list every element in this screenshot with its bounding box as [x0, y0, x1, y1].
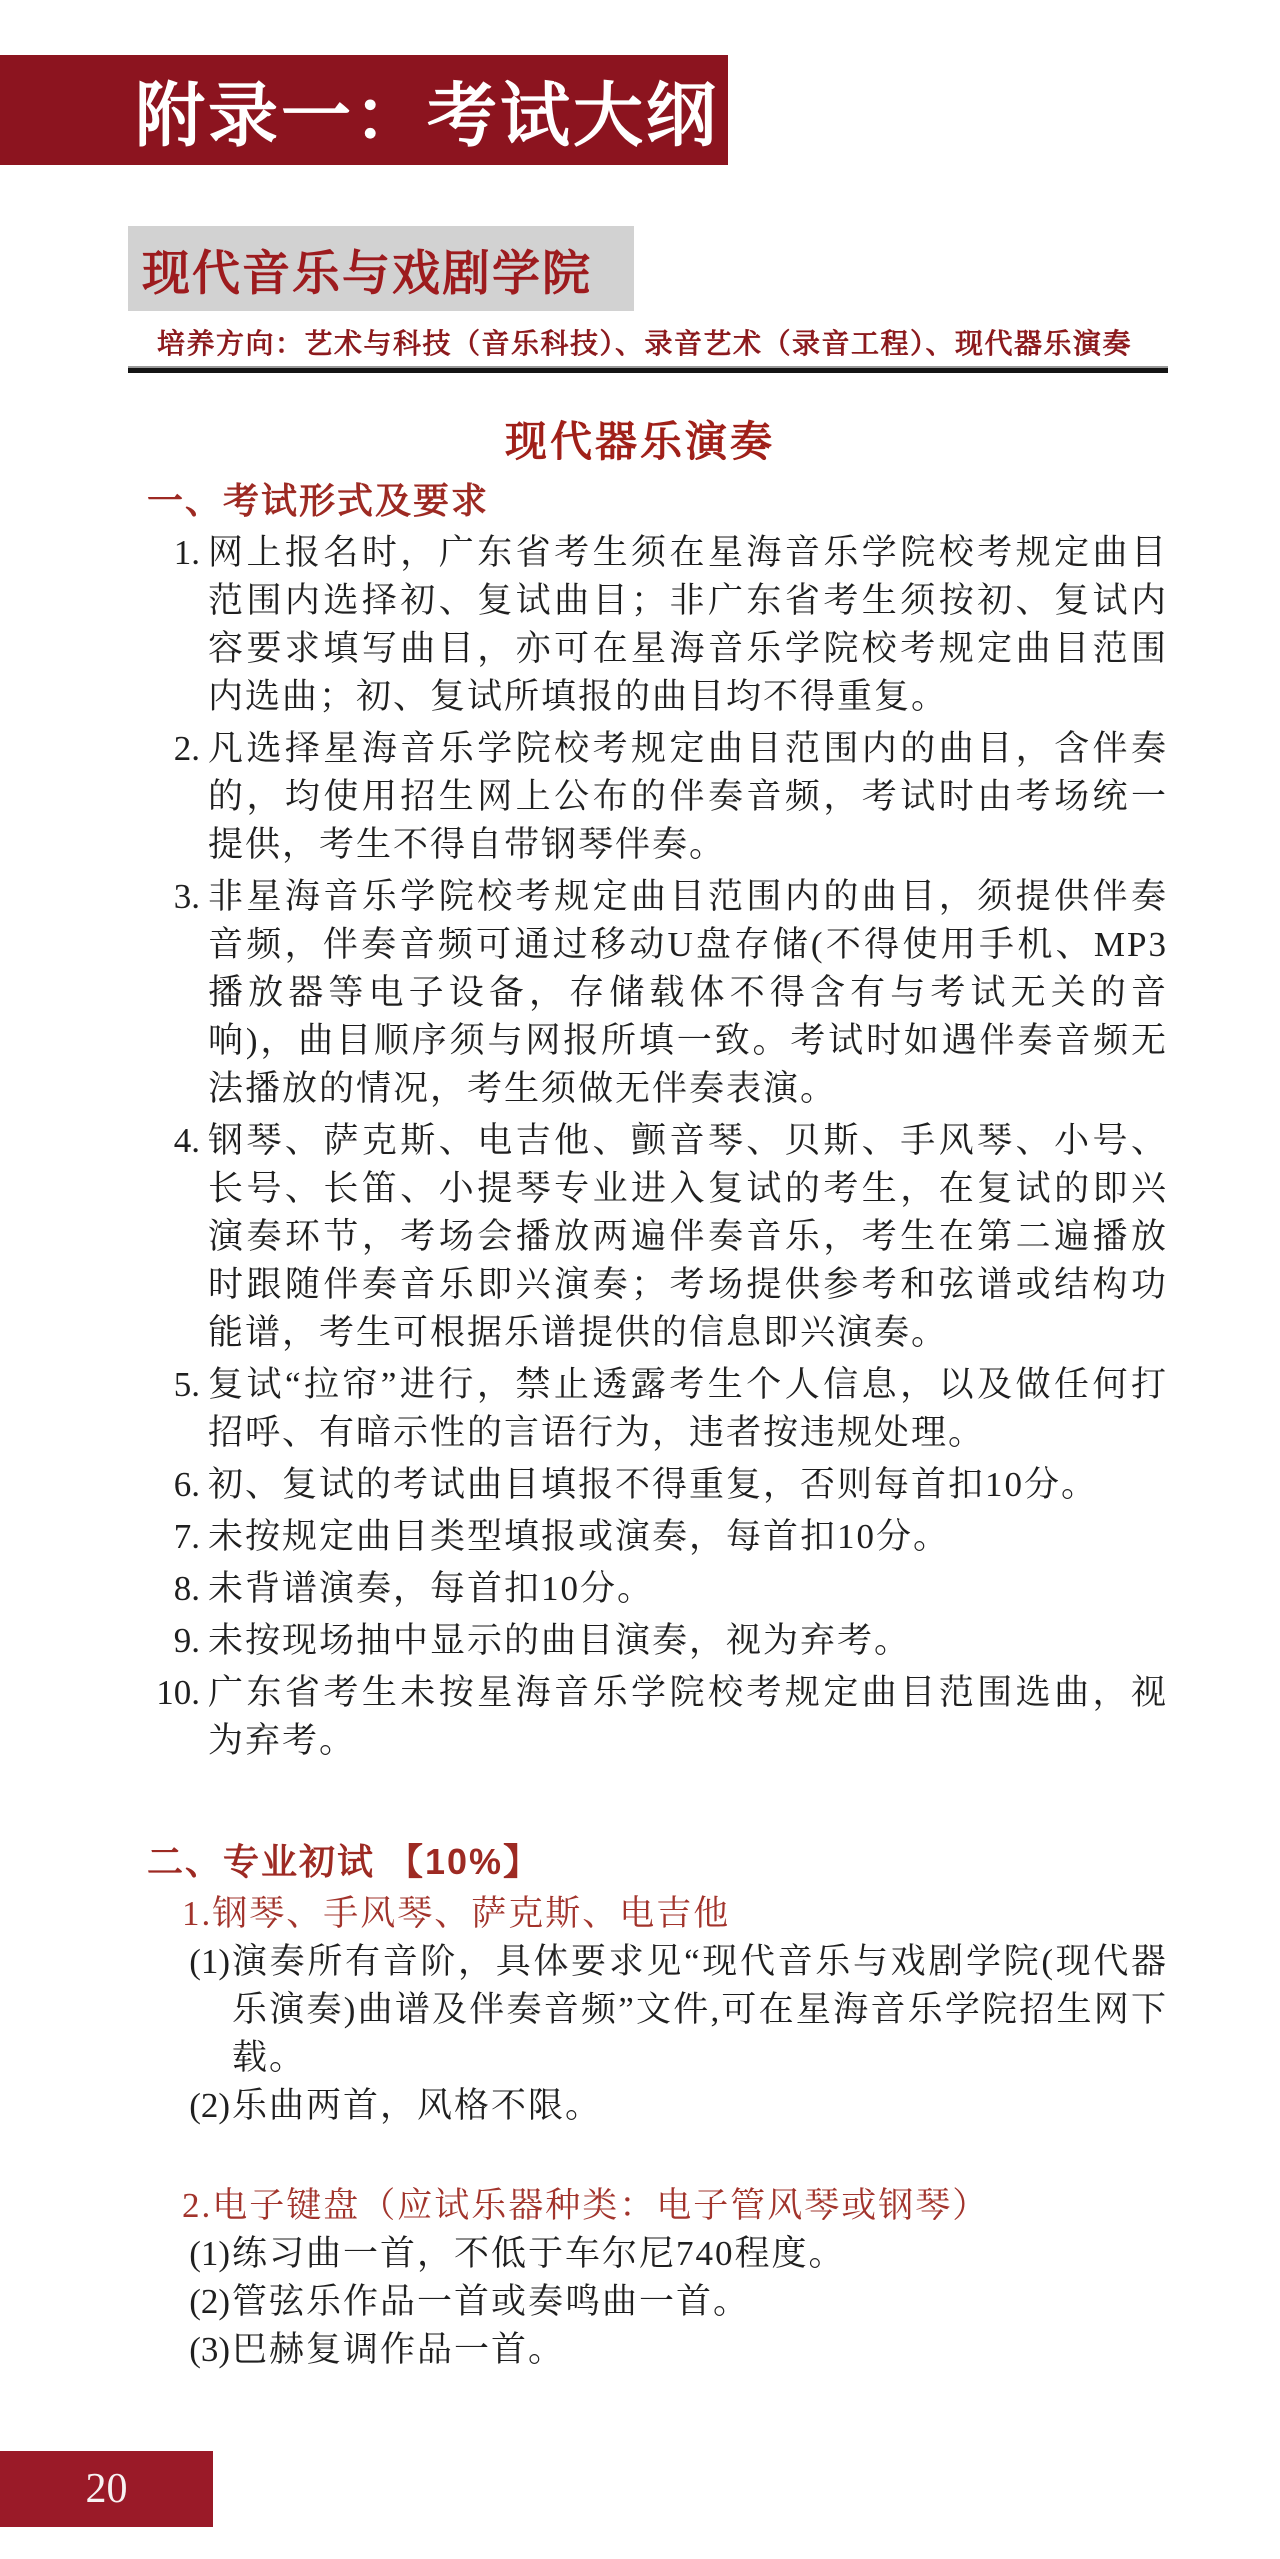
- document-body: 一、考试形式及要求 1. 网上报名时，广东省考生须在星海音乐学院校考规定曲目范围…: [0, 479, 1280, 2374]
- item-text: 广东省考生未按星海音乐学院校考规定曲目范围选曲，视为弃考。: [208, 1673, 1168, 1760]
- item-number: 3.: [174, 873, 200, 921]
- exam-rule-item-7: 7. 未按规定曲目类型填报或演奏，每首扣10分。: [208, 1513, 1168, 1561]
- exam-rule-item-4: 4. 钢琴、萨克斯、电吉他、颤音琴、贝斯、手风琴、小号、长号、长笛、小提琴专业进…: [208, 1117, 1168, 1357]
- item-number: 6.: [174, 1461, 200, 1509]
- item-text: 非星海音乐学院校考规定曲目范围内的曲目，须提供伴奏音频，伴奏音频可通过移动U盘存…: [208, 877, 1168, 1108]
- item-text: 初、复试的考试曲目填报不得重复，否则每首扣10分。: [208, 1465, 1098, 1504]
- item-number: 7.: [174, 1513, 200, 1561]
- item-text: 未按现场抽中显示的曲目演奏，视为弃考。: [208, 1621, 911, 1660]
- item-text: 网上报名时，广东省考生须在星海音乐学院校考规定曲目范围内选择初、复试曲目；非广东…: [208, 533, 1168, 716]
- subitem-number: (2): [189, 2278, 230, 2326]
- item-text: 未按规定曲目类型填报或演奏，每首扣10分。: [208, 1517, 950, 1556]
- section-1-heading: 一、考试形式及要求: [147, 479, 1280, 523]
- exam-rule-item-6: 6. 初、复试的考试曲目填报不得重复，否则每首扣10分。: [208, 1461, 1168, 1509]
- item-number: 9.: [174, 1617, 200, 1665]
- section-2-heading: 二、专业初试 【10%】: [147, 1840, 1280, 1884]
- school-name: 现代音乐与戏剧学院: [142, 234, 592, 303]
- subitem-number: (2): [189, 2082, 230, 2130]
- school-name-box: 现代音乐与戏剧学院: [128, 226, 634, 311]
- item-number: 10.: [156, 1669, 200, 1717]
- appendix-banner: 附录一：考试大纲: [0, 55, 728, 165]
- subitem-text: 练习曲一首，不低于车尔尼740程度。: [232, 2234, 846, 2273]
- exam-rule-item-9: 9. 未按现场抽中显示的曲目演奏，视为弃考。: [208, 1617, 1168, 1665]
- group-2-subitem-3: (3) 巴赫复调作品一首。: [232, 2326, 1168, 2374]
- exam-rule-item-8: 8. 未背谱演奏，每首扣10分。: [208, 1565, 1168, 1613]
- page-number: 20: [0, 2465, 213, 2513]
- exam-rule-item-3: 3. 非星海音乐学院校考规定曲目范围内的曲目，须提供伴奏音频，伴奏音频可通过移动…: [208, 873, 1168, 1113]
- instrument-group-2-label: 2.电子键盘（应试乐器种类：电子管风琴或钢琴）: [182, 2182, 1168, 2230]
- item-text: 复试“拉帘”进行，禁止透露考生个人信息，以及做任何打招呼、有暗示性的言语行为，违…: [208, 1365, 1168, 1452]
- subitem-number: (1): [189, 1938, 230, 1986]
- item-number: 2.: [174, 725, 200, 773]
- item-number: 5.: [174, 1361, 200, 1409]
- group-1-subitem-2: (2) 乐曲两首，风格不限。: [232, 2082, 1168, 2130]
- item-text: 钢琴、萨克斯、电吉他、颤音琴、贝斯、手风琴、小号、长号、长笛、小提琴专业进入复试…: [208, 1121, 1168, 1352]
- divider-rule: [128, 368, 1168, 373]
- subitem-text: 乐曲两首，风格不限。: [232, 2086, 602, 2125]
- exam-rule-item-2: 2. 凡选择星海音乐学院校考规定曲目范围内的曲目，含伴奏的，均使用招生网上公布的…: [208, 725, 1168, 869]
- subitem-number: (1): [189, 2230, 230, 2278]
- training-direction-line: 培养方向：艺术与科技（音乐科技）、录音艺术（录音工程）、现代器乐演奏: [157, 326, 1132, 362]
- program-title: 现代器乐演奏: [0, 417, 1280, 467]
- page-number-box: 20: [0, 2451, 213, 2527]
- instrument-group-1-label: 1.钢琴、手风琴、萨克斯、电吉他: [182, 1890, 1168, 1938]
- item-text: 凡选择星海音乐学院校考规定曲目范围内的曲目，含伴奏的，均使用招生网上公布的伴奏音…: [208, 729, 1168, 864]
- item-number: 1.: [174, 529, 200, 577]
- item-number: 4.: [174, 1117, 200, 1165]
- document-page: 附录一：考试大纲 现代音乐与戏剧学院 培养方向：艺术与科技（音乐科技）、录音艺术…: [0, 0, 1280, 2559]
- exam-rule-item-1: 1. 网上报名时，广东省考生须在星海音乐学院校考规定曲目范围内选择初、复试曲目；…: [208, 529, 1168, 721]
- exam-rule-item-10: 10. 广东省考生未按星海音乐学院校考规定曲目范围选曲，视为弃考。: [208, 1669, 1168, 1765]
- item-text: 未背谱演奏，每首扣10分。: [208, 1569, 654, 1608]
- group-2-subitem-2: (2) 管弦乐作品一首或奏鸣曲一首。: [232, 2278, 1168, 2326]
- subitem-text: 演奏所有音阶，具体要求见“现代音乐与戏剧学院(现代器乐演奏)曲谱及伴奏音频”文件…: [232, 1942, 1168, 2077]
- group-2-subitem-1: (1) 练习曲一首，不低于车尔尼740程度。: [232, 2230, 1168, 2278]
- appendix-banner-title: 附录一：考试大纲: [135, 60, 719, 161]
- group-1-subitem-1: (1) 演奏所有音阶，具体要求见“现代音乐与戏剧学院(现代器乐演奏)曲谱及伴奏音…: [232, 1938, 1168, 2082]
- subitem-number: (3): [189, 2326, 230, 2374]
- item-number: 8.: [174, 1565, 200, 1613]
- exam-rule-item-5: 5. 复试“拉帘”进行，禁止透露考生个人信息，以及做任何打招呼、有暗示性的言语行…: [208, 1361, 1168, 1457]
- subitem-text: 管弦乐作品一首或奏鸣曲一首。: [232, 2282, 750, 2321]
- subitem-text: 巴赫复调作品一首。: [232, 2330, 565, 2369]
